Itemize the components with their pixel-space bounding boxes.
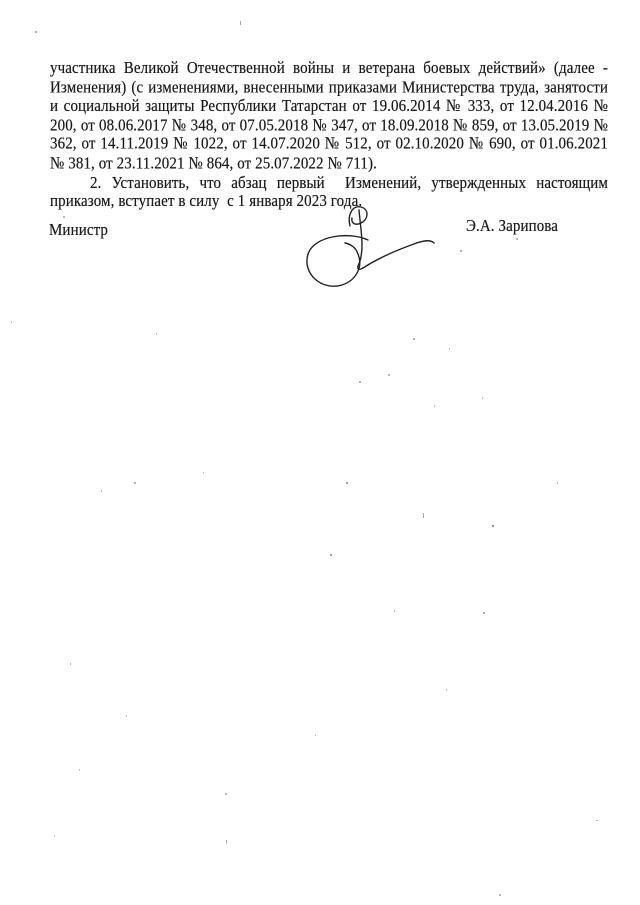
scan-speck xyxy=(557,482,558,484)
document-page: участника Великой Отечественной войны и … xyxy=(0,0,640,905)
minister-title: Министр xyxy=(49,221,108,240)
scan-speck xyxy=(434,405,435,407)
text-line: 362, от 14.11.2019 № 1022, от 14.07.2020… xyxy=(50,135,608,154)
document-body: участника Великой Отечественной войны и … xyxy=(50,59,608,212)
scan-speck xyxy=(11,321,12,323)
text-line: участника Великой Отечественной войны и … xyxy=(50,59,608,78)
scan-speck xyxy=(126,715,127,717)
scan-speck xyxy=(388,374,390,376)
text-line: 200, от 08.06.2017 № 348, от 07.05.2018 … xyxy=(50,116,608,135)
scan-speck xyxy=(63,216,65,218)
scan-speck xyxy=(240,21,241,25)
text-line: Изменения) (с изменениями, внесенными пр… xyxy=(50,78,608,97)
scan-speck xyxy=(499,894,501,896)
scan-speck xyxy=(134,482,136,484)
scan-speck xyxy=(423,513,424,518)
scan-speck xyxy=(482,397,483,399)
scan-speck xyxy=(516,238,518,240)
scan-speck xyxy=(79,769,80,771)
scan-speck xyxy=(54,835,55,837)
text-line: 2. Установить, что абзац первый Изменени… xyxy=(50,173,608,192)
signatory-name: Э.А. Зарипова xyxy=(466,217,558,236)
scan-speck xyxy=(226,840,227,844)
text-line: № 381, от 23.11.2021 № 864, от 25.07.202… xyxy=(50,154,608,173)
signature-icon xyxy=(300,202,440,292)
scan-speck xyxy=(492,525,494,527)
scan-speck xyxy=(394,610,395,612)
scan-speck xyxy=(35,31,37,33)
scan-speck xyxy=(330,554,332,556)
scan-speck xyxy=(596,820,598,821)
scan-speck xyxy=(446,689,447,691)
scan-speck xyxy=(225,793,227,795)
scan-speck xyxy=(413,338,415,340)
scan-speck xyxy=(101,490,102,492)
scan-speck xyxy=(483,612,485,614)
scan-speck xyxy=(346,482,348,484)
scan-speck xyxy=(460,250,462,252)
scan-speck xyxy=(315,734,316,736)
scan-speck xyxy=(156,333,157,335)
scan-speck xyxy=(449,348,450,350)
scan-speck xyxy=(70,663,71,665)
text-line: и социальной защиты Республики Татарстан… xyxy=(50,97,608,116)
scan-speck xyxy=(203,472,204,474)
scan-speck xyxy=(359,381,361,383)
